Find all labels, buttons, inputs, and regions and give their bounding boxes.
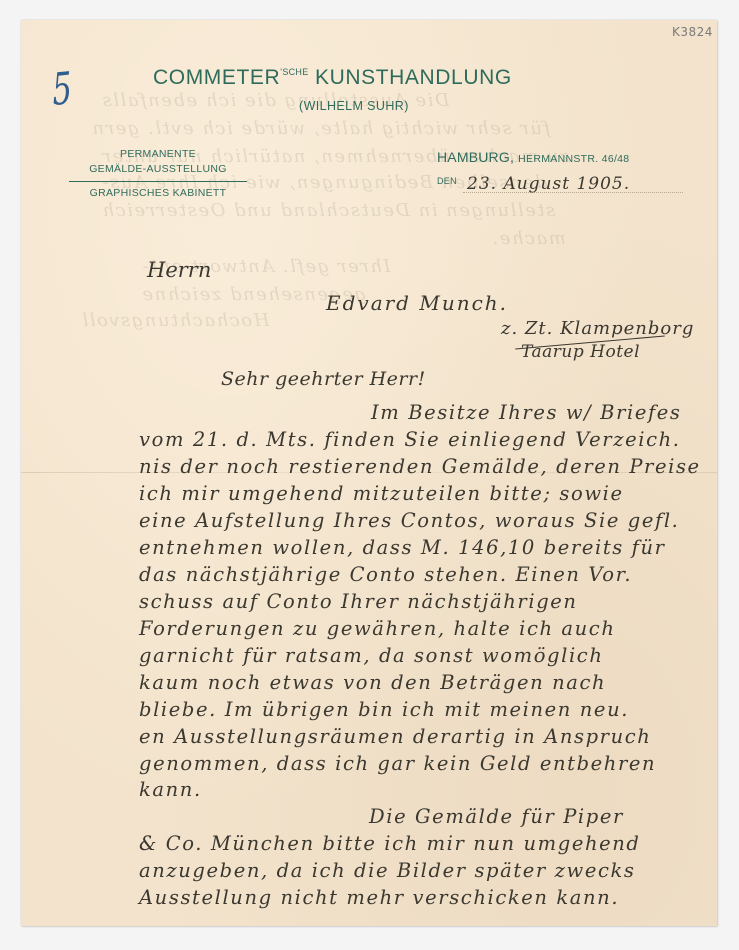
- body-line: ich mir umgehend mitzuteilen bitte; sowi…: [139, 482, 624, 505]
- firm-name-part1: COMMETER: [153, 66, 280, 89]
- body-line: Die Gemälde für Piper: [369, 805, 624, 828]
- address-street: HERMANNSTR. 46/48: [518, 153, 629, 165]
- body-line: schuss auf Conto Ihrer nächstjährigen: [139, 590, 578, 613]
- date-label: DEN: [437, 176, 457, 186]
- bleed-through-line: für sehr wichtig halte, würde ich evtl. …: [91, 118, 550, 139]
- bleed-through-line: stellungen in Deutschland und Oesterreic…: [101, 200, 555, 221]
- recipient-name: Edvard Munch.: [326, 291, 508, 315]
- folio-number: 5: [51, 63, 73, 116]
- letter-date: 23. August 1905.: [467, 174, 630, 194]
- address-city: HAMBURG,: [437, 149, 514, 165]
- recipient-location: z. Zt. Klampenborg: [501, 318, 694, 339]
- firm-name-part2: KUNSTHANDLUNG: [309, 66, 512, 89]
- body-line: bliebe. Im übrigen bin ich mit meinen ne…: [139, 698, 629, 721]
- body-line: das nächstjährige Conto stehen. Einen Vo…: [139, 563, 632, 586]
- letterhead-firm-name: COMMETER'SCHE KUNSTHANDLUNG: [153, 66, 512, 90]
- department-line: GEMÄLDE-AUSSTELLUNG: [69, 162, 247, 177]
- letterhead-owner: (WILHELM SUHR): [299, 99, 409, 113]
- greeting: Sehr geehrter Herr!: [221, 368, 426, 390]
- body-line: Forderungen zu gewähren, halte ich auch: [139, 617, 616, 640]
- body-line: en Ausstellungsräumen derartig in Anspru…: [139, 725, 651, 748]
- body-line: entnehmen wollen, dass M. 146,10 bereits…: [139, 536, 666, 559]
- body-line: Ausstellung nicht mehr verschicken kann.: [139, 886, 619, 909]
- salutation-title: Herrn: [147, 258, 211, 282]
- department-line: GRAPHISCHES KABINETT: [69, 186, 247, 201]
- letterhead-departments: PERMANENTE GEMÄLDE-AUSSTELLUNG GRAPHISCH…: [69, 147, 247, 201]
- bleed-through-line: mache.: [491, 228, 566, 249]
- body-line: kaum noch etwas von den Beträgen nach: [139, 671, 606, 694]
- recipient-hotel: Taarup Hotel: [521, 342, 640, 362]
- bleed-through-line: Hochachtungsvoll: [81, 310, 269, 331]
- body-line: genommen, dass ich gar kein Geld entbehr…: [139, 752, 656, 775]
- archive-id: K3824: [672, 25, 713, 39]
- body-line: garnicht für ratsam, da sonst womöglich: [139, 644, 604, 667]
- body-line: Im Besitze Ihres w/ Briefes: [371, 401, 682, 424]
- body-line: anzugeben, da ich die Bilder später zwec…: [139, 859, 636, 882]
- firm-name-superscript: 'SCHE: [280, 67, 308, 77]
- body-line: & Co. München bitte ich mir nun umgehend: [139, 832, 641, 855]
- body-line: nis der noch restierenden Gemälde, deren…: [139, 455, 701, 478]
- body-line: kann.: [139, 778, 202, 801]
- body-line: eine Aufstellung Ihres Contos, woraus Si…: [139, 509, 679, 532]
- letterhead-address: HAMBURG, HERMANNSTR. 46/48: [437, 149, 629, 165]
- letterhead-divider: [69, 181, 247, 182]
- department-line: PERMANENTE: [69, 147, 247, 162]
- letter-page: Die Ausstellung die ich ebenfalls für se…: [21, 20, 717, 926]
- body-line: vom 21. d. Mts. finden Sie einliegend Ve…: [139, 428, 681, 451]
